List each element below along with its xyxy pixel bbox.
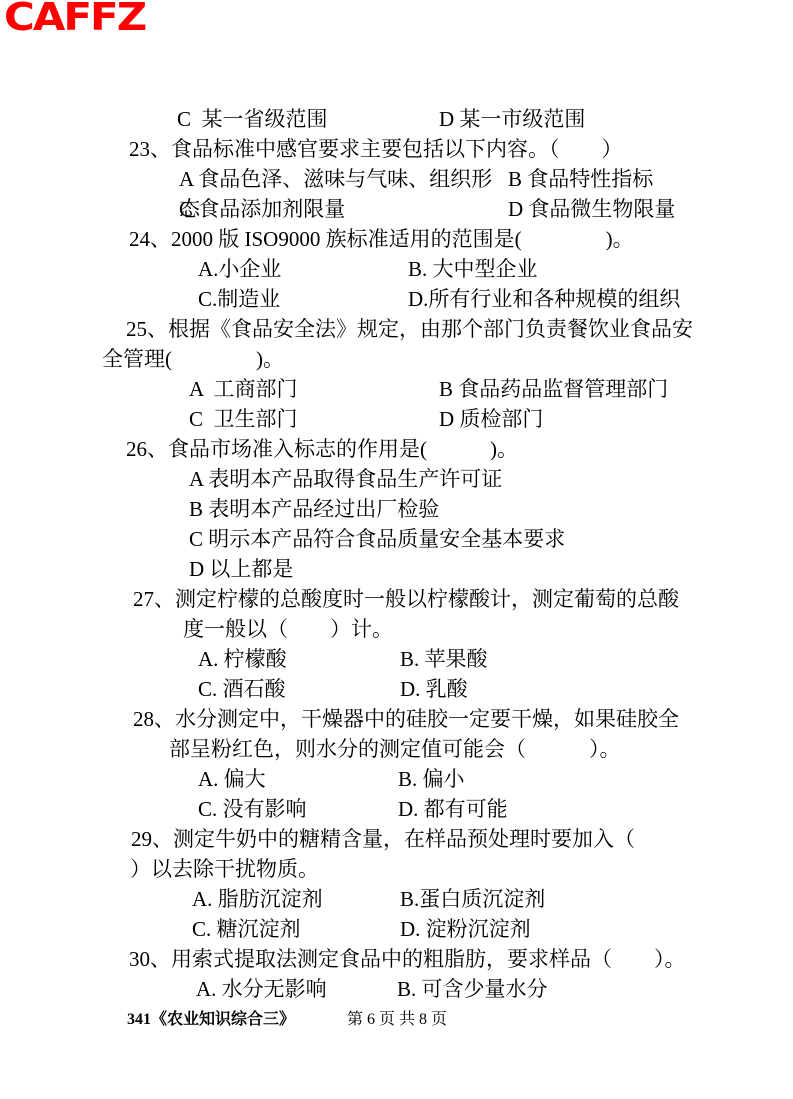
option-d: D 以上都是 (189, 557, 293, 581)
question-text: 29、测定牛奶中的糖精含量，在样品预处理时要加入（ (131, 827, 635, 851)
question-24-stem: 24、2000 版 ISO9000 族标准适用的范围是( )。 (0, 224, 793, 254)
question-text: 全管理( )。 (102, 347, 284, 371)
question-29-options-cd: C. 糖沉淀剂D. 淀粉沉淀剂 (0, 914, 793, 944)
option-a: A. 脂肪沉淀剂 (192, 884, 400, 914)
option-b: B 表明本产品经过出厂检验 (189, 497, 439, 521)
question-26-option-d: D 以上都是 (0, 554, 793, 584)
option-c: C 明示本产品符合食品质量安全基本要求 (189, 527, 565, 551)
option-a: A. 柠檬酸 (198, 644, 400, 674)
question-text: 30、用索式提取法测定食品中的粗脂肪，要求样品（ ）。 (129, 947, 686, 971)
question-25-stem-line-1: 25、根据《食品安全法》规定，由那个部门负责餐饮业食品安 (0, 314, 793, 344)
question-27-stem-line-2: 度一般以（ ）计。 (0, 614, 793, 644)
option-d: D 质检部门 (439, 407, 543, 431)
question-24-options-cd: C.制造业D.所有行业和各种规模的组织 (0, 284, 793, 314)
question-25-options-cd: C 卫生部门D 质检部门 (0, 404, 793, 434)
page-footer: 341《农业知识综合三》 第 6 页 共 8 页 (0, 1008, 793, 1032)
question-28-options-cd: C. 没有影响D. 都有可能 (0, 794, 793, 824)
option-c: C. 没有影响 (198, 794, 398, 824)
question-text: 25、根据《食品安全法》规定，由那个部门负责餐饮业食品安 (126, 317, 693, 341)
option-d: D. 乳酸 (400, 677, 468, 701)
question-28-stem-line-2: 部呈粉红色，则水分的测定值可能会（ ）。 (0, 734, 793, 764)
option-d: D. 淀粉沉淀剂 (400, 917, 531, 941)
option-c: C. 酒石酸 (198, 674, 400, 704)
option-a: A 工商部门 (189, 374, 439, 404)
option-b: B. 可含少量水分 (397, 977, 548, 1001)
question-text: 23、食品标准中感官要求主要包括以下内容。（ ） (129, 137, 623, 161)
option-b: B 食品特性指标 (508, 167, 653, 191)
question-27-stem-line-1: 27、测定柠檬的总酸度时一般以柠檬酸计，测定葡萄的总酸 (0, 584, 793, 614)
option-b: B. 大中型企业 (408, 257, 538, 281)
question-text: 26、食品市场准入标志的作用是( )。 (126, 437, 518, 461)
option-b: B.蛋白质沉淀剂 (400, 887, 545, 911)
option-c: C 食品添加剂限量 (179, 194, 508, 224)
question-text: 部呈粉红色，则水分的测定值可能会（ ）。 (169, 737, 621, 761)
option-a: A 表明本产品取得食品生产许可证 (189, 467, 502, 491)
option-c: C. 糖沉淀剂 (192, 914, 400, 944)
question-29-stem-line-1: 29、测定牛奶中的糖精含量，在样品预处理时要加入（ (0, 824, 793, 854)
option-d: D.所有行业和各种规模的组织 (408, 287, 680, 311)
question-29-stem-line-2: ）以去除干扰物质。 (0, 854, 793, 884)
exam-page-body: C 某一省级范围D 某一市级范围 23、食品标准中感官要求主要包括以下内容。（ … (0, 104, 793, 1004)
question-text: 27、测定柠檬的总酸度时一般以柠檬酸计，测定葡萄的总酸 (133, 587, 679, 611)
question-27-options-cd: C. 酒石酸D. 乳酸 (0, 674, 793, 704)
option-b: B 食品药品监督管理部门 (439, 377, 668, 401)
option-b: B. 苹果酸 (400, 647, 488, 671)
option-a: A.小企业 (198, 254, 408, 284)
question-26-option-a: A 表明本产品取得食品生产许可证 (0, 464, 793, 494)
option-d: D 食品微生物限量 (508, 197, 675, 221)
option-c: C 卫生部门 (189, 404, 439, 434)
question-23-options-cd: C 食品添加剂限量D 食品微生物限量 (0, 194, 793, 224)
question-25-stem-line-2: 全管理( )。 (0, 344, 793, 374)
option-b: B. 偏小 (398, 767, 465, 791)
option-d: D 某一市级范围 (439, 107, 585, 131)
question-22-options-cd: C 某一省级范围D 某一市级范围 (0, 104, 793, 134)
question-26-option-c: C 明示本产品符合食品质量安全基本要求 (0, 524, 793, 554)
question-text: ）以去除干扰物质。 (130, 857, 319, 881)
question-26-stem: 26、食品市场准入标志的作用是( )。 (0, 434, 793, 464)
option-c: C.制造业 (198, 284, 408, 314)
question-text: 度一般以（ ）计。 (183, 617, 393, 641)
question-24-options-ab: A.小企业B. 大中型企业 (0, 254, 793, 284)
footer-page-number: 第 6 页 共 8 页 (347, 1008, 447, 1032)
question-29-options-ab: A. 脂肪沉淀剂B.蛋白质沉淀剂 (0, 884, 793, 914)
question-28-stem-line-1: 28、水分测定中，干燥器中的硅胶一定要干燥，如果硅胶全 (0, 704, 793, 734)
site-watermark-logo: CAFFZ (4, 0, 145, 39)
question-25-options-ab: A 工商部门B 食品药品监督管理部门 (0, 374, 793, 404)
question-text: 24、2000 版 ISO9000 族标准适用的范围是( )。 (129, 227, 634, 251)
question-30-stem: 30、用索式提取法测定食品中的粗脂肪，要求样品（ ）。 (0, 944, 793, 974)
question-28-options-ab: A. 偏大B. 偏小 (0, 764, 793, 794)
option-c: C 某一省级范围 (177, 104, 439, 134)
question-23-stem: 23、食品标准中感官要求主要包括以下内容。（ ） (0, 134, 793, 164)
footer-course-title: 341《农业知识综合三》 (127, 1008, 295, 1032)
option-a: A. 偏大 (198, 764, 398, 794)
question-text: 28、水分测定中，干燥器中的硅胶一定要干燥，如果硅胶全 (133, 707, 679, 731)
option-d: D. 都有可能 (398, 797, 508, 821)
question-26-option-b: B 表明本产品经过出厂检验 (0, 494, 793, 524)
question-27-options-ab: A. 柠檬酸B. 苹果酸 (0, 644, 793, 674)
question-23-options-ab: A 食品色泽、滋味与气味、组织形态B 食品特性指标 (0, 164, 793, 194)
question-30-options-ab: A. 水分无影响B. 可含少量水分 (0, 974, 793, 1004)
option-a: A. 水分无影响 (196, 974, 397, 1004)
